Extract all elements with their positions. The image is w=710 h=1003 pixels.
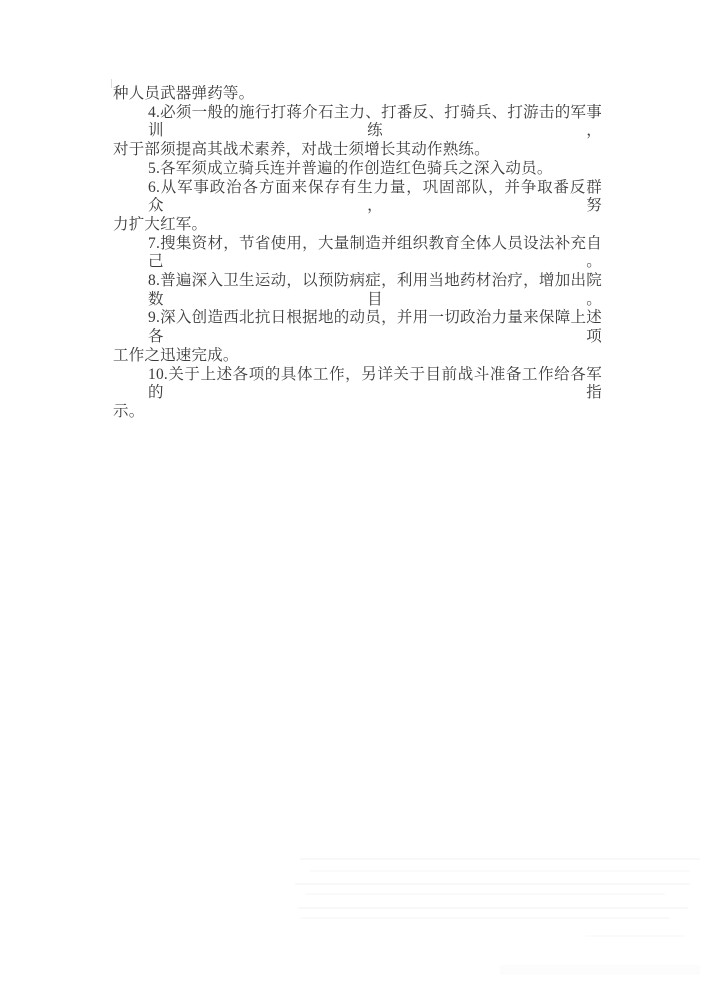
doc-line-7: 7.搜集资材，节省使用，大量制造并组织教育全体人员设法补充自己。 — [113, 235, 602, 272]
doc-line-1: 种人员武器弹药等。 — [113, 85, 602, 104]
bleed-through-line — [500, 965, 700, 975]
bleed-through-line — [310, 870, 690, 872]
doc-line-9: 9.深入创造西北抗日根据地的动员，并用一切政治力量来保障上述各项 — [113, 309, 602, 346]
bleed-through-line — [295, 883, 690, 885]
bleed-through-line — [298, 907, 688, 909]
doc-line-6: 力扩大红军。 — [113, 216, 602, 235]
bleed-through-line — [305, 893, 665, 895]
bleed-through-line — [300, 917, 670, 919]
doc-line-8: 8.普遍深入卫生运动，以预防病症，利用当地药材治疗，增加出院数目。 — [113, 272, 602, 309]
doc-line-2: 4.必须一般的施行打蒋介石主力、打番反、打骑兵、打游击的军事训练， — [113, 104, 602, 141]
bleed-through-line — [300, 858, 700, 860]
doc-line-10: 工作之迅速完成。 — [113, 347, 602, 366]
document-text-block: 种人员武器弹药等。 4.必须一般的施行打蒋介石主力、打番反、打骑兵、打游击的军事… — [113, 85, 602, 422]
doc-line-3: 对于部须提高其战术素养，对战士须增长其动作熟练。 — [113, 141, 602, 160]
doc-line-11: 10.关于上述各项的具体工作，另详关于目前战斗准备工作给各军的指 — [113, 366, 602, 403]
doc-line-12: 示。 — [113, 403, 602, 422]
document-page: 种人员武器弹药等。 4.必须一般的施行打蒋介石主力、打番反、打骑兵、打游击的军事… — [0, 0, 710, 1003]
doc-line-5: 6.从军事政治各方面来保存有生力量，巩固部队，并争取番反群众，努 — [113, 179, 602, 216]
doc-line-4: 5.各军须成立骑兵连并普遍的作创造红色骑兵之深入动员。 — [113, 160, 602, 179]
bleed-through-line — [585, 935, 685, 937]
scan-speck — [111, 79, 112, 88]
